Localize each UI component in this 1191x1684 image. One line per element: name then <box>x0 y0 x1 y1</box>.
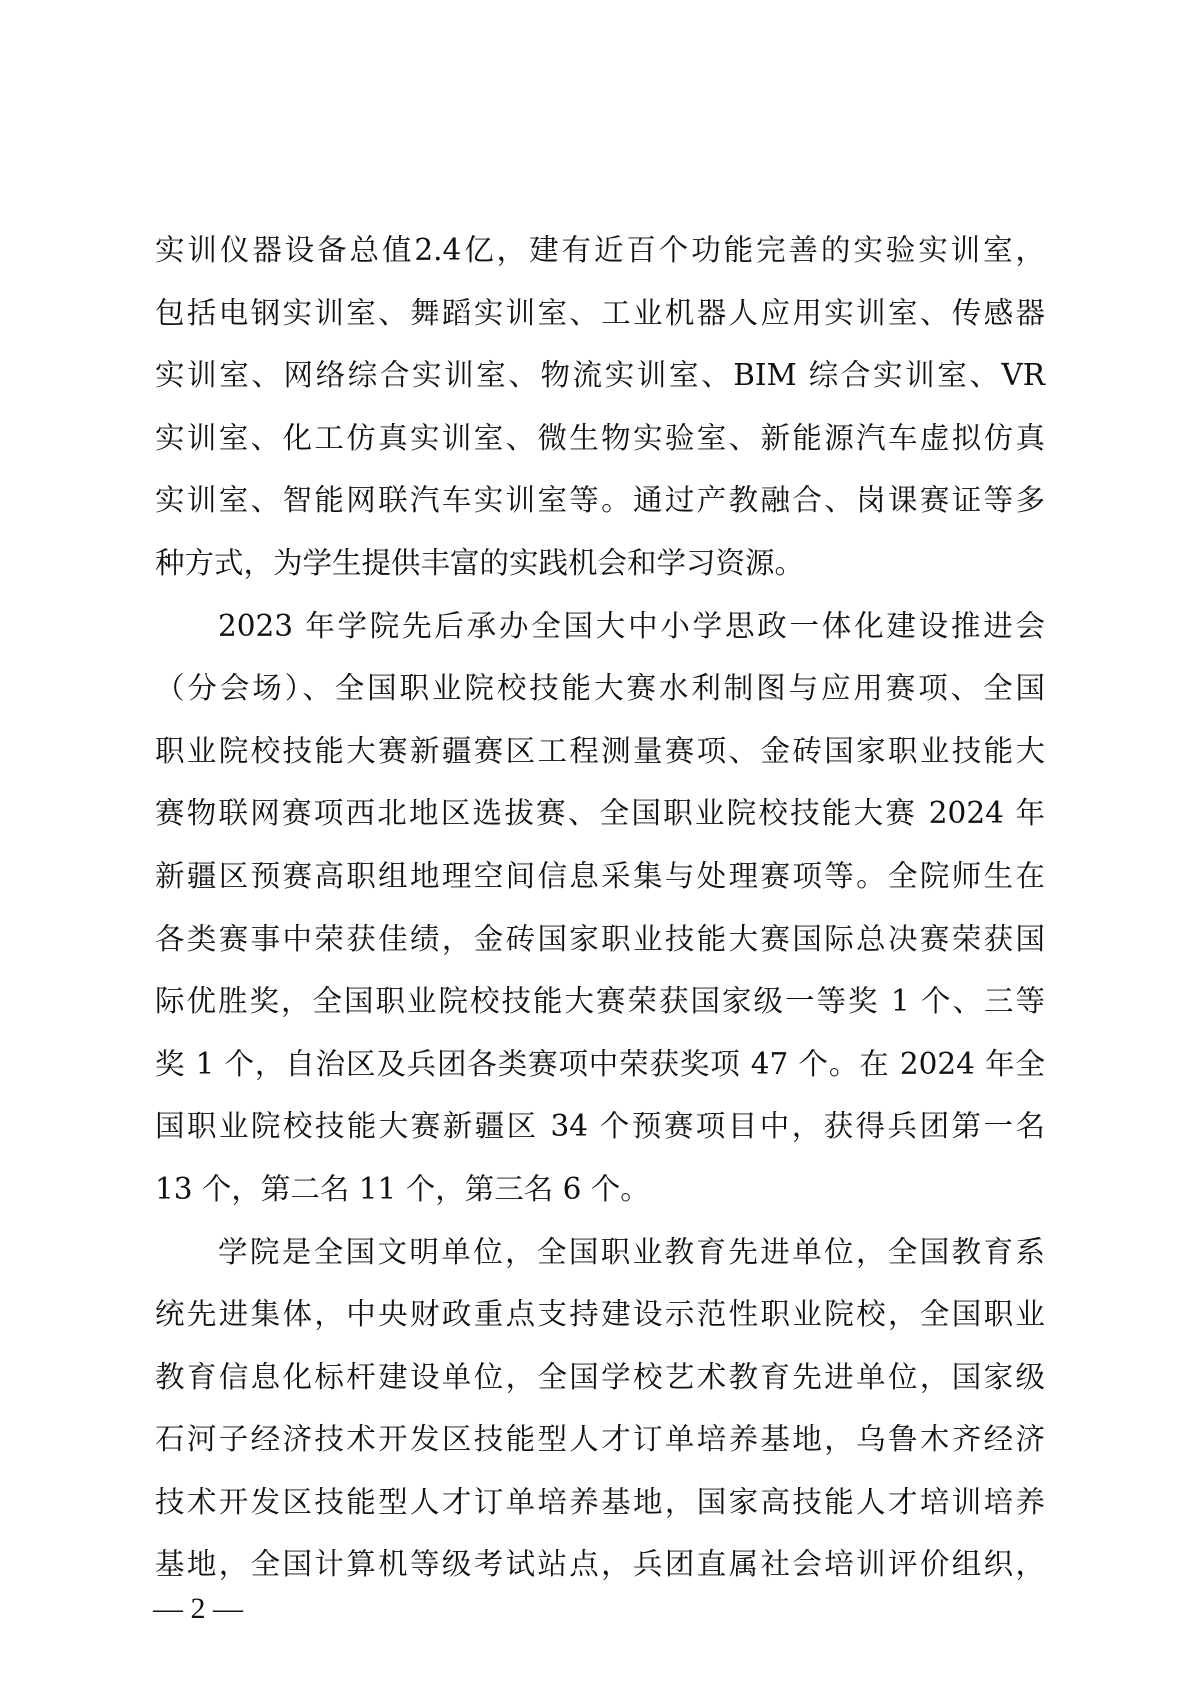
paragraph-2-line-8: 奖 1 个，自治区及兵团各类赛项中荣获奖项 47 个。在 2024 年全 <box>155 1040 1045 1103</box>
paragraph-1-line-2: 包括电钢实训室、舞蹈实训室、工业机器人应用实训室、传感器 <box>155 289 1045 352</box>
paragraph-1-line-1: 实训仪器设备总值2.4亿，建有近百个功能完善的实验实训室， <box>155 226 1045 289</box>
paragraph-2-line-5: 新疆区预赛高职组地理空间信息采集与处理赛项等。全院师生在 <box>155 852 1045 915</box>
document-body: 实训仪器设备总值2.4亿，建有近百个功能完善的实验实训室， 包括电钢实训室、舞蹈… <box>155 226 1045 1603</box>
paragraph-3-line-2: 统先进集体，中央财政重点支持建设示范性职业院校，全国职业 <box>155 1290 1045 1353</box>
document-page: 实训仪器设备总值2.4亿，建有近百个功能完善的实验实训室， 包括电钢实训室、舞蹈… <box>0 0 1191 1684</box>
paragraph-2-line-3: 职业院校技能大赛新疆赛区工程测量赛项、金砖国家职业技能大 <box>155 727 1045 790</box>
paragraph-2-line-10: 13 个，第二名 11 个，第三名 6 个。 <box>155 1165 1045 1228</box>
paragraph-3-line-6: 基地，全国计算机等级考试站点，兵团直属社会培训评价组织， <box>155 1540 1045 1603</box>
paragraph-2-line-4: 赛物联网赛项西北地区选拔赛、全国职业院校技能大赛 2024 年 <box>155 789 1045 852</box>
paragraph-3-line-5: 技术开发区技能型人才订单培养基地，国家高技能人才培训培养 <box>155 1478 1045 1541</box>
paragraph-3-line-1: 学院是全国文明单位，全国职业教育先进单位，全国教育系 <box>155 1228 1045 1291</box>
paragraph-1-line-6: 种方式，为学生提供丰富的实践机会和学习资源。 <box>155 539 1045 602</box>
paragraph-2-line-6: 各类赛事中荣获佳绩，金砖国家职业技能大赛国际总决赛荣获国 <box>155 915 1045 978</box>
paragraph-3-line-4: 石河子经济技术开发区技能型人才订单培养基地，乌鲁木齐经济 <box>155 1415 1045 1478</box>
paragraph-1-line-3: 实训室、网络综合实训室、物流实训室、BIM 综合实训室、VR <box>155 351 1045 414</box>
paragraph-3-line-3: 教育信息化标杆建设单位，全国学校艺术教育先进单位，国家级 <box>155 1353 1045 1416</box>
paragraph-2-line-7: 际优胜奖，全国职业院校技能大赛荣获国家级一等奖 1 个、三等 <box>155 977 1045 1040</box>
paragraph-1-line-4: 实训室、化工仿真实训室、微生物实验室、新能源汽车虚拟仿真 <box>155 414 1045 477</box>
paragraph-2-line-2: （分会场）、全国职业院校技能大赛水利制图与应用赛项、全国 <box>155 664 1045 727</box>
paragraph-2-line-1: 2023 年学院先后承办全国大中小学思政一体化建设推进会 <box>155 602 1045 665</box>
paragraph-2-line-9: 国职业院校技能大赛新疆区 34 个预赛项目中，获得兵团第一名 <box>155 1102 1045 1165</box>
page-number: — 2 — <box>153 1592 243 1626</box>
paragraph-1-line-5: 实训室、智能网联汽车实训室等。通过产教融合、岗课赛证等多 <box>155 476 1045 539</box>
